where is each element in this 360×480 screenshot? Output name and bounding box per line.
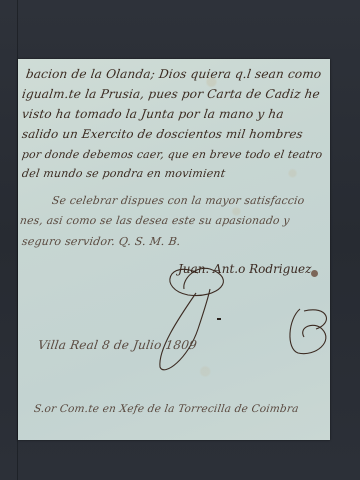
body-line-1: bacion de la Olanda; Dios quiera q.l sea… [25,67,322,81]
body-line-7: Se celebrar dispues con la mayor satisfa… [51,194,305,207]
body-line-8: nes, asi como se las desea este su apasi… [19,214,291,227]
body-line-4: salido un Exercito de doscientos mil hom… [21,127,304,141]
body-line-5: por donde debemos caer, que en breve tod… [21,148,323,161]
body-line-2: igualm.te la Prusia, pues por Carta de C… [21,87,321,101]
letter-page: bacion de la Olanda; Dios quiera q.l sea… [18,59,330,440]
ink-mark [311,270,318,277]
ink-dot [217,318,221,320]
body-line-3: visto ha tomado la Junta por la mano y h… [21,107,285,121]
place-date: Villa Real 8 de Julio 1809 [37,338,198,352]
signature-name: Juan. Ant.o Rodriguez [178,262,311,276]
body-line-6: del mundo se pondra en movimient [21,167,226,180]
body-line-9: seguro servidor. Q. S. M. B. [21,235,181,248]
addressee: S.or Com.te en Xefe de la Torrecilla de … [33,403,299,415]
